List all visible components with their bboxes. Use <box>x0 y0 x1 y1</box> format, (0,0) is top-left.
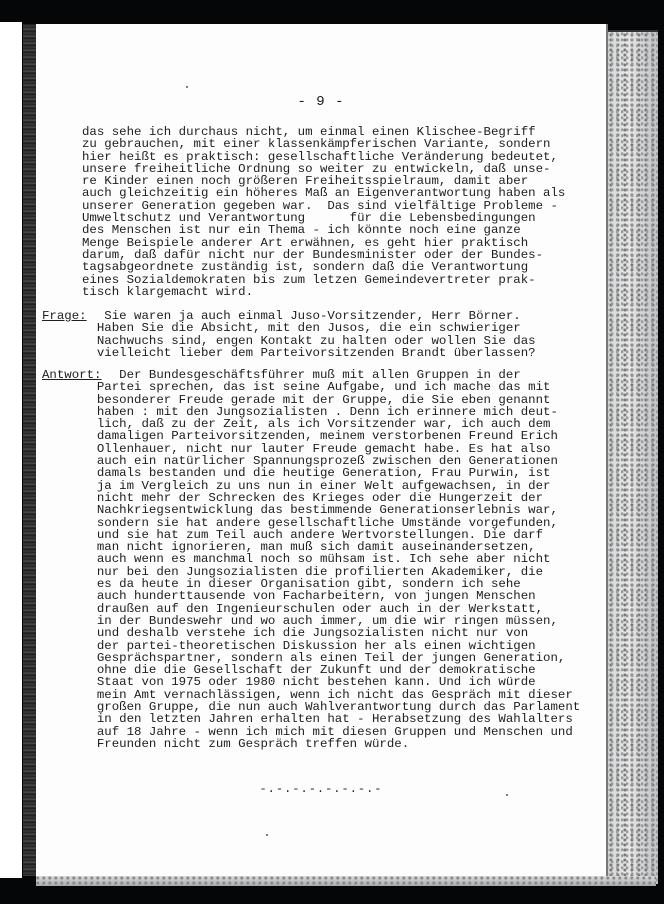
page-number: - 9 - <box>36 94 606 110</box>
binding-strip <box>22 24 37 876</box>
question-label: Frage: <box>42 310 87 322</box>
scanned-document: - 9 - das sehe ich durchaus nicht, um ei… <box>0 0 664 904</box>
scan-speck <box>506 794 508 796</box>
underlying-page-edge <box>606 30 658 884</box>
question-text: Sie waren ja auch einmal Juso-Vorsitzend… <box>82 310 536 359</box>
typewritten-page: - 9 - das sehe ich durchaus nicht, um ei… <box>36 24 608 876</box>
intro-paragraph: das sehe ich durchaus nicht, um einmal e… <box>82 126 565 298</box>
answer-text: Der Bundesgeschäftsführer muß mit allen … <box>82 369 580 750</box>
scan-speck <box>266 834 268 836</box>
previous-page-edge <box>0 22 22 878</box>
page-bottom-edge <box>36 876 656 886</box>
end-separator: -.-.-.-.-.-.-.- <box>36 782 606 796</box>
scan-speck <box>186 86 188 88</box>
